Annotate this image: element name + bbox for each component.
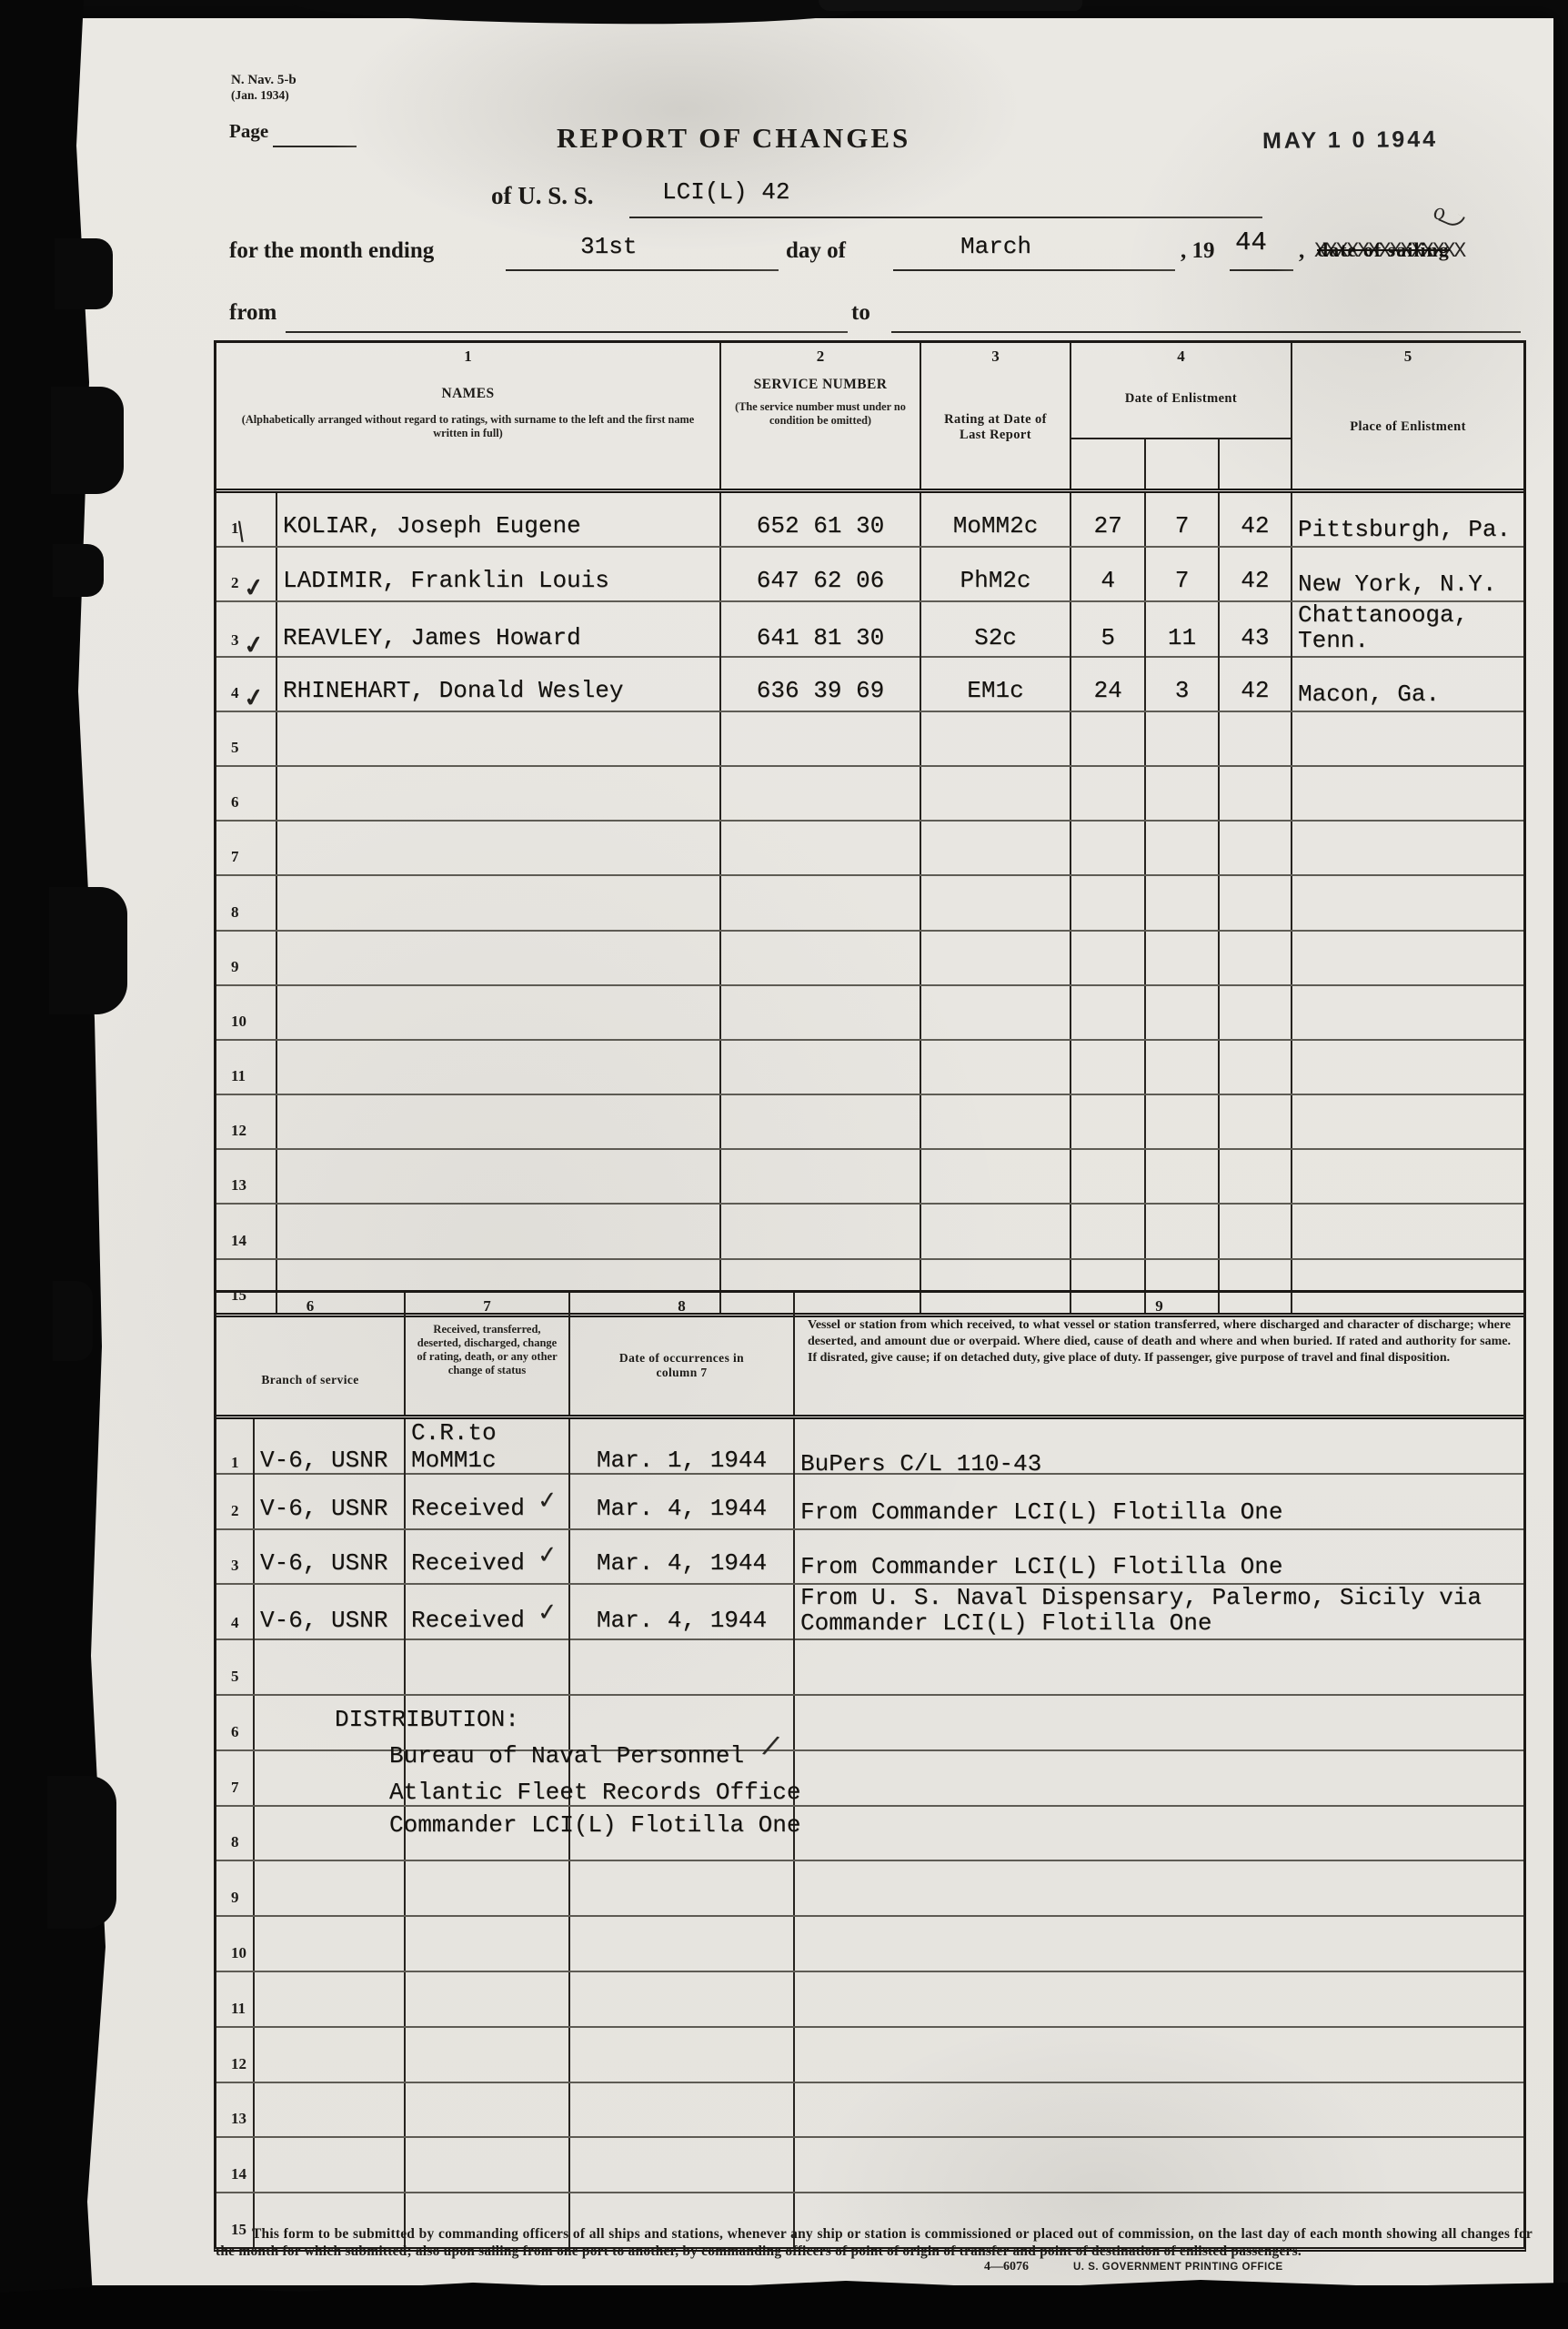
enlist-month: [1144, 1150, 1217, 1203]
enlist-date-cell: [1070, 1095, 1291, 1148]
enlist-date-cell: [1070, 822, 1291, 874]
enlist-day: 4: [1071, 548, 1144, 600]
comma: ,: [1299, 238, 1304, 264]
enlist-day: [1071, 1095, 1144, 1148]
service-number-cell: [719, 1205, 920, 1257]
table-row: 10: [216, 1917, 1523, 1972]
day-of-label: day of: [786, 238, 846, 264]
binder-clip: [55, 238, 113, 309]
col-enlist-date-header: 4 Date of Enlistment: [1070, 343, 1291, 489]
row-number: 5: [216, 1640, 253, 1694]
enlist-year: [1218, 1095, 1291, 1148]
row-number: 12: [216, 1095, 276, 1148]
distribution-entry: Bureau of Naval Personnel/: [335, 1737, 800, 1776]
row-number: 3: [216, 1530, 253, 1584]
from-label: from: [229, 300, 276, 326]
distribution-entry: Commander LCI(L) Flotilla One: [335, 1809, 800, 1842]
day-underline: [506, 269, 779, 271]
branch-cell: V-6, USNR: [253, 1475, 404, 1528]
enlist-place-cell: [1291, 986, 1523, 1039]
row-number: 13: [216, 2083, 253, 2137]
enlist-day: [1071, 822, 1144, 874]
date-cell: Mar. 4, 1944: [568, 1475, 793, 1528]
table-row: 5: [216, 712, 1523, 767]
table-row: 11: [216, 1972, 1523, 2028]
enlist-place-cell: Macon, Ga.: [1291, 658, 1523, 711]
row-number: 1: [216, 1419, 253, 1480]
enlist-day: [1071, 986, 1144, 1039]
name-cell: [276, 986, 719, 1039]
enlist-year: [1218, 822, 1291, 874]
year-underline: [1230, 269, 1293, 271]
enlist-month: [1144, 822, 1217, 874]
rating-cell: [920, 767, 1070, 820]
col-enlist-place-header: 5 Place of Enlistment: [1291, 343, 1523, 489]
vessel-cell: [793, 1640, 1523, 1694]
col-rating-header: 3 Rating at Date of Last Report: [920, 343, 1070, 489]
col-names-header: 1 NAMES (Alphabetically arranged without…: [216, 343, 719, 489]
vessel-cell: [793, 2138, 1523, 2192]
row-number: 13: [216, 1150, 276, 1203]
change-cell: [404, 1917, 568, 1971]
table-row: 5: [216, 1640, 1523, 1696]
row-number: 14: [216, 1205, 276, 1257]
enlist-date-cell: 4742: [1070, 548, 1291, 600]
enlist-year: [1218, 876, 1291, 929]
year-prefix: , 19: [1181, 238, 1215, 264]
row-number: 10: [216, 1917, 253, 1971]
date-cell: [568, 1972, 793, 2026]
received-date-stamp: MAY 1 0 1944: [1262, 126, 1438, 155]
page-label: Page: [229, 120, 268, 143]
col-date-header: 8 Date of occurrences in column 7: [568, 1293, 793, 1415]
binder-clip: [49, 887, 127, 1014]
branch-cell: [253, 1972, 404, 2026]
name-cell: [276, 1205, 719, 1257]
branch-cell: [253, 2083, 404, 2137]
enlist-place-cell: [1291, 1095, 1523, 1148]
distribution-entry: Atlantic Fleet Records Office: [335, 1776, 800, 1810]
enlist-month: [1144, 1095, 1217, 1148]
enlist-month: [1144, 712, 1217, 765]
binder-clip: [53, 1281, 93, 1361]
vessel-cell: [793, 1696, 1523, 1749]
month-ending-label: for the month ending: [229, 238, 434, 264]
col-title: Rating at Date of Last Report: [921, 412, 1070, 443]
enlist-year: [1218, 986, 1291, 1039]
col-number: 8: [678, 1297, 686, 1316]
enlist-year: [1218, 767, 1291, 820]
date-cell: Mar. 4, 1944: [568, 1585, 793, 1639]
table-row: 12: [216, 2028, 1523, 2083]
rating-cell: [920, 1095, 1070, 1148]
enlist-month: [1144, 1205, 1217, 1257]
table-row: 11: [216, 1041, 1523, 1095]
row-number: 11: [216, 1972, 253, 2026]
date-cell: [568, 2083, 793, 2137]
day-value: 31st: [580, 233, 637, 260]
service-number-cell: [719, 932, 920, 984]
enlist-day: [1071, 876, 1144, 929]
col-number: 1: [464, 348, 472, 366]
enlist-day: 27: [1071, 493, 1144, 546]
branch-cell: [253, 1861, 404, 1915]
service-number-cell: [719, 876, 920, 929]
date-cell: [568, 2138, 793, 2192]
change-cell: [404, 2083, 568, 2137]
handwritten-check-mark: ✓: [242, 630, 266, 660]
service-number-cell: 647 62 06: [719, 548, 920, 600]
service-number-cell: [719, 822, 920, 874]
date-cell: [568, 1861, 793, 1915]
name-cell: [276, 822, 719, 874]
name-cell: [276, 712, 719, 765]
col-number: 2: [817, 348, 825, 366]
col-number: 5: [1404, 348, 1412, 366]
vessel-cell: [793, 2083, 1523, 2137]
vessel-cell: BuPers C/L 110-43: [793, 1419, 1523, 1480]
vessel-cell: [793, 1751, 1523, 1805]
enlist-date-cell: [1070, 876, 1291, 929]
row-number: 2: [216, 1475, 253, 1528]
rating-cell: [920, 876, 1070, 929]
table-row: 3V-6, USNRReceived✓Mar. 4, 1944From Comm…: [216, 1530, 1523, 1586]
from-underline: [286, 331, 848, 333]
col-title: SERVICE NUMBER: [754, 377, 888, 393]
to-label: to: [851, 300, 870, 326]
change-cell: [404, 1640, 568, 1694]
row-number: 12: [216, 2028, 253, 2082]
row-number: 9: [216, 932, 276, 984]
service-number-cell: 636 39 69: [719, 658, 920, 711]
roster-table: 1 NAMES (Alphabetically arranged without…: [214, 340, 1526, 1317]
enlist-day: [1071, 1150, 1144, 1203]
vessel-cell: [793, 1861, 1523, 1915]
col-number: 6: [307, 1297, 315, 1316]
enlist-place-cell: [1291, 876, 1523, 929]
row-number: 9: [216, 1861, 253, 1915]
enlist-day: 24: [1071, 658, 1144, 711]
table-row: 4✓RHINEHART, Donald Wesley636 39 69EM1c2…: [216, 658, 1523, 712]
row-number: 5: [216, 712, 276, 765]
row-number: 10: [216, 986, 276, 1039]
enlist-month: [1144, 1041, 1217, 1094]
col-service-header: 2 SERVICE NUMBER (The service number mus…: [719, 343, 920, 489]
enlist-place-cell: [1291, 1041, 1523, 1094]
date-cell: [568, 1917, 793, 1971]
col-number: 9: [1155, 1297, 1163, 1316]
rating-cell: [920, 1150, 1070, 1203]
handwritten-mark: o: [1433, 198, 1445, 226]
service-number-cell: 641 81 30: [719, 602, 920, 657]
name-cell: [276, 1095, 719, 1148]
enlist-year: [1218, 1205, 1291, 1257]
enlist-month: [1144, 986, 1217, 1039]
vessel-cell: From Commander LCI(L) Flotilla One: [793, 1475, 1523, 1528]
table-row: 2✓LADIMIR, Franklin Louis647 62 06PhM2c4…: [216, 548, 1523, 602]
enlist-date-cell: [1070, 986, 1291, 1039]
change-cell: Received✓: [404, 1475, 568, 1528]
handwritten-check-mark: ✓: [242, 682, 266, 713]
enlist-day: [1071, 767, 1144, 820]
enlist-date-cell: 27742: [1070, 493, 1291, 546]
enlist-month: [1144, 876, 1217, 929]
col-title: Vessel or station from which received, t…: [795, 1316, 1523, 1367]
binder-clip: [47, 1776, 116, 1929]
form-revision: (Jan. 1934): [231, 88, 297, 103]
rating-cell: EM1c: [920, 658, 1070, 711]
month-underline: [893, 269, 1175, 271]
overstrike-xs: XXXXXXXXXXXXXX: [1314, 239, 1464, 263]
vessel-cell: From Commander LCI(L) Flotilla One: [793, 1530, 1523, 1584]
col-number: 4: [1177, 348, 1185, 366]
table-row: 3✓REAVLEY, James Howard641 81 30S2c51143…: [216, 602, 1523, 657]
row-number: 7: [216, 822, 276, 874]
rating-cell: MoMM2c: [920, 493, 1070, 546]
col-title: NAMES: [442, 386, 495, 402]
service-number-cell: [719, 1041, 920, 1094]
date-cell: [568, 1640, 793, 1694]
of-uss-label: of U. S. S.: [491, 182, 594, 210]
enlist-date-cell: [1070, 712, 1291, 765]
vessel-cell: [793, 1972, 1523, 2026]
table-row: 14: [216, 1205, 1523, 1259]
binder-clip: [53, 544, 104, 597]
table-row: 9: [216, 1861, 1523, 1917]
enlist-month: 3: [1144, 658, 1217, 711]
name-cell: RHINEHART, Donald Wesley: [276, 658, 719, 711]
col-subtitle: (Alphabetically arranged without regard …: [216, 413, 719, 440]
enlist-month: [1144, 767, 1217, 820]
enlist-place-cell: [1291, 932, 1523, 984]
service-number-cell: [719, 1095, 920, 1148]
distribution-entries: Bureau of Naval Personnel/Atlantic Fleet…: [335, 1737, 800, 1842]
rating-cell: S2c: [920, 602, 1070, 657]
enlist-place-cell: [1291, 712, 1523, 765]
change-cell: [404, 1972, 568, 2026]
enlist-year: [1218, 1150, 1291, 1203]
table-row: 12: [216, 1095, 1523, 1150]
scanned-document-page: N. Nav. 5-b (Jan. 1934) Page REPORT OF C…: [0, 0, 1568, 2329]
col-title: Date of Enlistment: [1125, 391, 1237, 407]
enlist-year: 42: [1218, 493, 1291, 546]
roster-table-body: 1\KOLIAR, Joseph Eugene652 61 30MoMM2c27…: [216, 493, 1523, 1313]
enlist-day: [1071, 712, 1144, 765]
table-row: 8: [216, 876, 1523, 931]
table-row: 6: [216, 767, 1523, 822]
row-number: 7: [216, 1751, 253, 1805]
binder-clip: [51, 387, 124, 494]
enlist-day: [1071, 1205, 1144, 1257]
enlist-month: [1144, 932, 1217, 984]
name-cell: LADIMIR, Franklin Louis: [276, 548, 719, 600]
row-number: 4✓: [216, 658, 276, 711]
month-value: March: [960, 233, 1031, 260]
col-title: Date of occurrences in column 7: [570, 1351, 793, 1380]
enlist-year: 43: [1218, 602, 1291, 657]
name-cell: [276, 1041, 719, 1094]
row-number: 8: [216, 1807, 253, 1860]
change-cell: [404, 2028, 568, 2082]
scan-top-border-2: [819, 0, 1082, 11]
row-number: 3✓: [216, 602, 276, 657]
rating-cell: [920, 712, 1070, 765]
footer-note: This form to be submitted by commanding …: [216, 2225, 1533, 2261]
page-underline: [273, 146, 357, 147]
enlist-day: [1071, 932, 1144, 984]
col-title: Place of Enlistment: [1350, 419, 1466, 435]
ship-name-value: LCI(L) 42: [662, 178, 789, 206]
form-number: N. Nav. 5-b: [231, 73, 297, 88]
col-change-header: 7 Received, transferred, deserted, disch…: [404, 1293, 568, 1415]
enlist-month: 7: [1144, 493, 1217, 546]
service-number-cell: 652 61 30: [719, 493, 920, 546]
name-cell: REAVLEY, James Howard: [276, 602, 719, 657]
rating-cell: PhM2c: [920, 548, 1070, 600]
enlist-year: 42: [1218, 658, 1291, 711]
enlist-place-cell: Chattanooga, Tenn.: [1291, 602, 1523, 657]
rating-cell: [920, 1041, 1070, 1094]
enlist-date-cell: [1070, 1041, 1291, 1094]
table-row: 14: [216, 2138, 1523, 2193]
change-cell: [404, 2138, 568, 2192]
row-number: 8: [216, 876, 276, 929]
col-number: 7: [483, 1297, 491, 1316]
name-cell: [276, 932, 719, 984]
enlist-date-cell: 51143: [1070, 602, 1291, 657]
change-cell: Received✓: [404, 1530, 568, 1584]
table-row: 10: [216, 986, 1523, 1041]
date-cell: [568, 2028, 793, 2082]
service-number-cell: [719, 712, 920, 765]
branch-cell: V-6, USNR: [253, 1419, 404, 1480]
col-subtitle: (The service number must under no condit…: [721, 400, 920, 428]
enlist-place-cell: [1291, 1205, 1523, 1257]
crossed-out-text: date of sailing XXXXXXXXXXXXXX: [1317, 238, 1450, 262]
handwritten-check-mark: ✓: [538, 1483, 557, 1517]
ship-name-underline: [629, 217, 1262, 218]
enlist-date-subcolumns: [1071, 438, 1291, 489]
table-row: 1V-6, USNRC.R.to MoMM1cMar. 1, 1944BuPer…: [216, 1419, 1523, 1475]
vessel-cell: [793, 2028, 1523, 2082]
branch-cell: [253, 2028, 404, 2082]
table-row: 2V-6, USNRReceived✓Mar. 4, 1944From Comm…: [216, 1475, 1523, 1530]
change-cell: Received✓: [404, 1585, 568, 1639]
enlist-date-cell: [1070, 932, 1291, 984]
printer-name: U. S. GOVERNMENT PRINTING OFFICE: [1073, 2262, 1283, 2273]
service-number-cell: [719, 986, 920, 1039]
row-number: 14: [216, 2138, 253, 2192]
handwritten-check-mark: ✓: [242, 573, 266, 604]
row-number: 6: [216, 1696, 253, 1749]
enlist-year: 42: [1218, 548, 1291, 600]
enlist-place-cell: [1291, 822, 1523, 874]
enlist-month: 11: [1144, 602, 1217, 657]
branch-cell: [253, 1917, 404, 1971]
name-cell: KOLIAR, Joseph Eugene: [276, 493, 719, 546]
table-row: 7: [216, 822, 1523, 876]
table-row: 4V-6, USNRReceived✓Mar. 4, 1944From U. S…: [216, 1585, 1523, 1640]
name-cell: [276, 1150, 719, 1203]
form-print-code: 4—6076: [984, 2260, 1029, 2274]
col-title: Received, transferred, deserted, dischar…: [406, 1323, 568, 1377]
table-row: 1\KOLIAR, Joseph Eugene652 61 30MoMM2c27…: [216, 493, 1523, 548]
table-row: 13: [216, 2083, 1523, 2139]
enlist-year: [1218, 932, 1291, 984]
handwritten-check-mark: ✓: [538, 1595, 557, 1629]
form-number-block: N. Nav. 5-b (Jan. 1934): [231, 73, 297, 103]
enlist-date-cell: [1070, 1205, 1291, 1257]
changes-table-header: 6 Branch of service 7 Received, transfer…: [216, 1293, 1523, 1419]
enlist-day: 5: [1071, 602, 1144, 657]
name-cell: [276, 876, 719, 929]
branch-cell: V-6, USNR: [253, 1530, 404, 1584]
date-cell: Mar. 4, 1944: [568, 1530, 793, 1584]
row-number: 1\: [216, 493, 276, 546]
change-cell: C.R.to MoMM1c: [404, 1419, 568, 1480]
name-cell: [276, 767, 719, 820]
service-number-cell: [719, 767, 920, 820]
col-number: 3: [991, 348, 1000, 366]
col-vessel-header: 9 Vessel or station from which received,…: [793, 1293, 1523, 1415]
distribution-block: DISTRIBUTION: Bureau of Naval Personnel/…: [335, 1703, 800, 1842]
enlist-place-cell: Pittsburgh, Pa.: [1291, 493, 1523, 546]
vessel-cell: [793, 1807, 1523, 1860]
rating-cell: [920, 1205, 1070, 1257]
enlist-date-cell: [1070, 767, 1291, 820]
table-row: 9: [216, 932, 1523, 986]
branch-cell: [253, 1640, 404, 1694]
rating-cell: [920, 822, 1070, 874]
service-number-cell: [719, 1150, 920, 1203]
page-title: REPORT OF CHANGES: [557, 122, 910, 155]
handwritten-check-mark: ✓: [538, 1538, 557, 1573]
enlist-place-cell: [1291, 767, 1523, 820]
date-cell: Mar. 1, 1944: [568, 1419, 793, 1480]
change-cell: [404, 1861, 568, 1915]
enlist-day: [1071, 1041, 1144, 1094]
enlist-date-cell: [1070, 1150, 1291, 1203]
vessel-cell: [793, 1917, 1523, 1971]
to-underline: [891, 331, 1521, 333]
roster-table-header: 1 NAMES (Alphabetically arranged without…: [216, 343, 1523, 493]
enlist-date-cell: 24342: [1070, 658, 1291, 711]
row-number: 2✓: [216, 548, 276, 600]
rating-cell: [920, 986, 1070, 1039]
enlist-place-cell: [1291, 1150, 1523, 1203]
scan-bottom-border: [0, 2278, 1568, 2329]
col-title: Branch of service: [261, 1373, 358, 1387]
year-value: 44: [1235, 227, 1267, 257]
row-number: 4: [216, 1585, 253, 1639]
handwritten-check-mark: \: [234, 516, 247, 550]
enlist-month: 7: [1144, 548, 1217, 600]
enlist-place-cell: New York, N.Y.: [1291, 548, 1523, 600]
rating-cell: [920, 932, 1070, 984]
branch-cell: [253, 2138, 404, 2192]
branch-cell: V-6, USNR: [253, 1585, 404, 1639]
distribution-title: DISTRIBUTION:: [335, 1703, 800, 1737]
table-row: 13: [216, 1150, 1523, 1205]
vessel-cell: From U. S. Naval Dispensary, Palermo, Si…: [793, 1585, 1523, 1639]
enlist-year: [1218, 712, 1291, 765]
row-number: 6: [216, 767, 276, 820]
row-number: 11: [216, 1041, 276, 1094]
col-branch-header: 6 Branch of service: [216, 1293, 404, 1415]
enlist-year: [1218, 1041, 1291, 1094]
